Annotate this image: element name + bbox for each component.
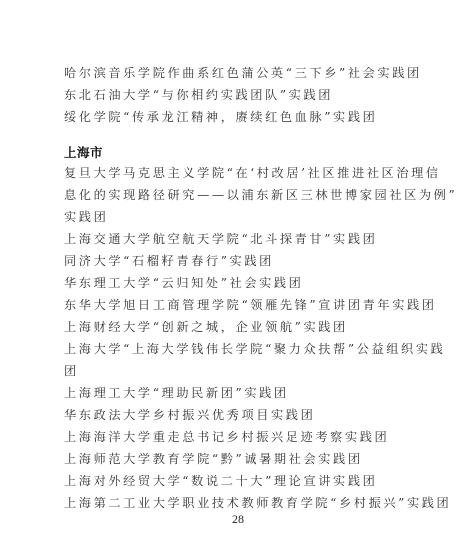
list-item: 复旦大学马克思主义学院“在‘村改居’社区推进社区治理信 [64, 165, 441, 181]
list-item: 上海对外经贸大学“数说二十大”理论宣讲实践团 [64, 473, 377, 489]
list-item: 绥化学院“传承龙江精神，赓续红色血脉”实践团 [64, 109, 377, 125]
list-item: 东北石油大学“与你相约实践团队”实践团 [64, 87, 333, 103]
list-item: 实践团 [64, 209, 108, 225]
list-item: 上海理工大学“理助民新团”实践团 [64, 385, 289, 401]
list-item: 同济大学“石榴籽青春行”实践团 [64, 253, 274, 269]
list-item: 上海师范大学教育学院“黔”诚暑期社会实践团 [64, 451, 363, 467]
section-heading-shanghai: 上海市 [64, 143, 103, 161]
list-item: 上海财经大学“创新之城，企业领航”实践团 [64, 319, 348, 335]
list-item: 团 [64, 363, 79, 379]
page-number: 28 [0, 512, 476, 527]
list-item: 华东理工大学“云归知处”社会实践团 [64, 275, 303, 291]
list-item: 华东政法大学乡村振兴优秀项目实践团 [64, 407, 315, 423]
list-item: 上海海洋大学重走总书记乡村振兴足迹考察实践团 [64, 429, 389, 445]
document-page: 哈尔滨音乐学院作曲系红色蒲公英“三下乡”社会实践团 东北石油大学“与你相约实践团… [0, 0, 476, 555]
list-item: 息化的实现路径研究——以浦东新区三林世博家园社区为例” [64, 187, 457, 203]
list-item: 上海第二工业大学职业技术教师教育学院“乡村振兴”实践团 [64, 495, 451, 511]
list-item: 上海交通大学航空航天学院“北斗探青甘”实践团 [64, 231, 377, 247]
list-item: 哈尔滨音乐学院作曲系红色蒲公英“三下乡”社会实践团 [64, 65, 422, 81]
list-item: 上海大学“上海大学钱伟长学院“聚力众扶帮”公益组织实践 [64, 341, 445, 357]
list-item: 东华大学旭日工商管理学院“领雁先锋”宣讲团青年实践团 [64, 297, 437, 313]
